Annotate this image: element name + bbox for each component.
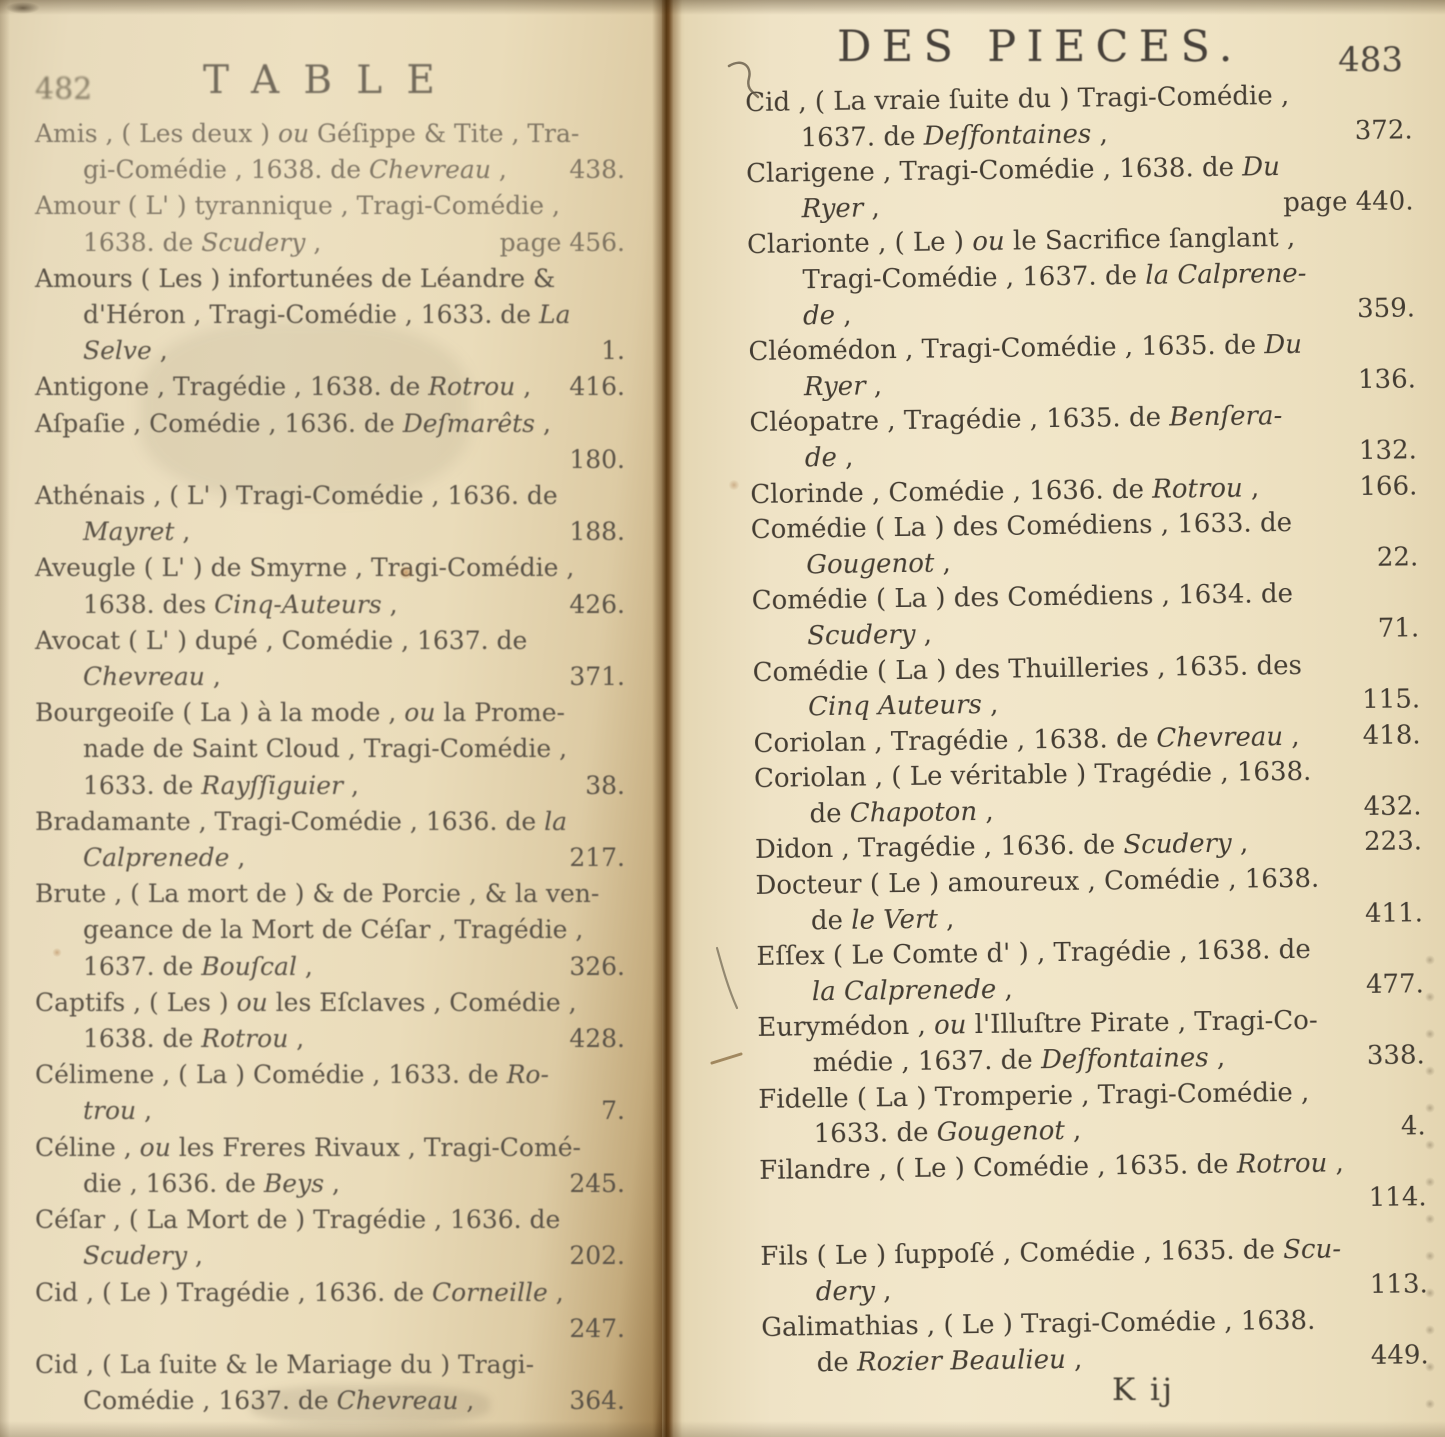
index-entry: Céline , ou les Freres Rivaux , Tragi-Co…	[35, 1130, 625, 1202]
paper-stain	[398, 566, 414, 579]
signature-mark: K ij	[1112, 1372, 1174, 1408]
paper-stain	[52, 948, 62, 957]
paper-stain	[6, 2, 40, 14]
photo-edge-shadow	[0, 1421, 1445, 1437]
index-entry: Cléopatre , Tragédie , 1635. de Benſera-…	[749, 398, 1417, 478]
index-entry: Cid , ( La ſuite & le Mariage du ) Tragi…	[35, 1347, 625, 1419]
left-entries: Amis , ( Les deux ) ou Géſippe & Tite , …	[35, 116, 625, 1419]
index-entry: Bourgeoiſe ( La ) à la mode , ou la Prom…	[35, 695, 625, 804]
book-gutter	[652, 0, 682, 1437]
index-entry: Comédie ( La ) des Thuilleries , 1635. d…	[752, 647, 1420, 727]
index-entry: Fils ( Le ) ſuppoſé , Comédie , 1635. de…	[760, 1231, 1428, 1311]
index-entry: Cid , ( La vraie ſuite du ) Tragi-Comédi…	[745, 77, 1413, 157]
index-entry: Amis , ( Les deux ) ou Géſippe & Tite , …	[35, 116, 625, 188]
index-entry: Filandre , ( Le ) Comédie , 1635. de Rot…	[759, 1145, 1427, 1225]
index-entry: Docteur ( Le ) amoureux , Comédie , 1638…	[755, 860, 1423, 940]
right-page-header: DES PIECES. 483	[745, 22, 1415, 84]
index-entry: Coriolan , ( Le véritable ) Tragédie , 1…	[754, 753, 1422, 833]
index-entry: Clarionte , ( Le ) ou le Sacrifice ſangl…	[747, 220, 1415, 336]
left-page-header: 482 TABLE	[35, 58, 625, 114]
index-entry: Athénais , ( L' ) Tragi-Comédie , 1636. …	[35, 478, 625, 550]
index-entry: Comédie ( La ) des Comédiens , 1633. deG…	[751, 504, 1419, 584]
index-entry: Galimathias , ( Le ) Tragi-Comédie , 163…	[761, 1302, 1429, 1382]
index-entry: Antigone , Tragédie , 1638. de Rotrou ,4…	[35, 369, 625, 405]
index-entry: Clarigene , Tragi-Comédie , 1638. de DuR…	[746, 148, 1414, 228]
index-entry: Eurymédon , ou l'Illuſtre Pirate , Tragi…	[757, 1003, 1425, 1083]
index-entry: Amour ( L' ) tyrannique , Tragi-Comédie …	[35, 188, 625, 260]
index-entry: Comédie ( La ) des Comédiens , 1634. deS…	[752, 576, 1420, 656]
photo-edge-shadow	[0, 0, 1445, 15]
index-entry: Eſſex ( Le Comte d' ) , Tragédie , 1638.…	[756, 931, 1424, 1011]
index-entry: Aveugle ( L' ) de Smyrne , Tragi-Comédie…	[35, 550, 625, 622]
index-entry: Aſpaſie , Comédie , 1636. de Deſmarêts ,…	[35, 406, 625, 478]
index-entry: Célimene , ( La ) Comédie , 1633. de Ro-…	[35, 1057, 625, 1129]
bleed-through-dots	[1421, 950, 1439, 1420]
paper-stain	[728, 480, 740, 490]
photo-edge-shadow	[0, 0, 10, 1437]
index-entry: Cléomédon , Tragi-Comédie , 1635. de DuR…	[748, 326, 1416, 406]
right-page-title: DES PIECES.	[837, 22, 1243, 72]
left-page-title: TABLE	[203, 58, 459, 103]
index-entry: Brute , ( La mort de ) & de Porcie , & l…	[35, 876, 625, 985]
index-entry: Céſar , ( La Mort de ) Tragédie , 1636. …	[35, 1202, 625, 1274]
index-entry: Amours ( Les ) infortunées de Léandre &d…	[35, 261, 625, 370]
index-entry: Captifs , ( Les ) ou les Eſclaves , Comé…	[35, 985, 625, 1057]
left-page-number: 482	[35, 72, 92, 107]
index-entry: Avocat ( L' ) dupé , Comédie , 1637. deC…	[35, 623, 625, 695]
right-entries: Cid , ( La vraie ſuite du ) Tragi-Comédi…	[745, 77, 1429, 1382]
index-entry: Fidelle ( La ) Tromperie , Tragi-Comédie…	[758, 1074, 1426, 1154]
index-entry: Bradamante , Tragi-Comédie , 1636. de la…	[35, 804, 625, 876]
index-entry: Cid , ( Le ) Tragédie , 1636. de Corneil…	[35, 1275, 625, 1347]
book-spread-photo: 482 TABLE DES PIECES. 483 Amis , ( Les d…	[0, 0, 1445, 1437]
right-page-number: 483	[1338, 40, 1403, 80]
